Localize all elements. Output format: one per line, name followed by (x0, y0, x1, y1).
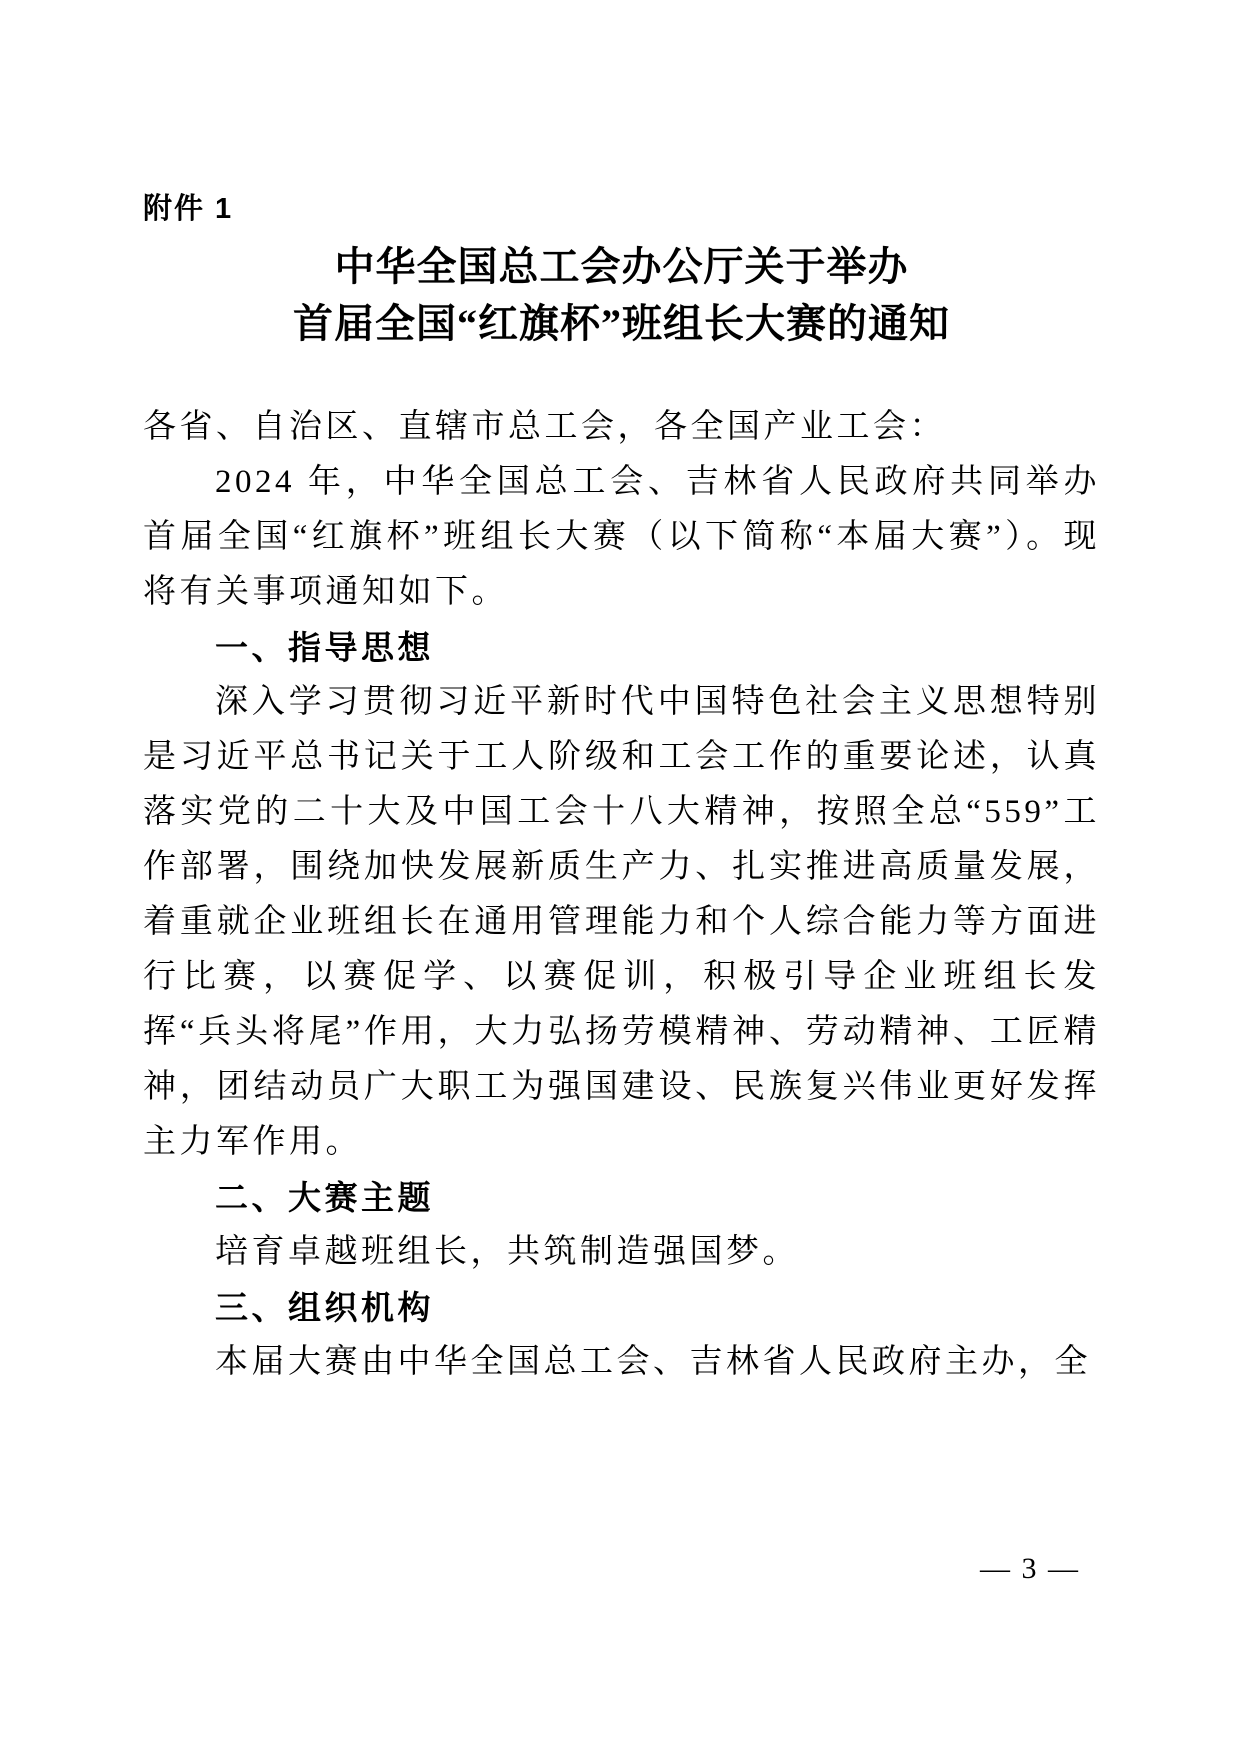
page-number: — 3 — (980, 1552, 1080, 1586)
section-heading-guiding-ideology: 一、指导思想 (143, 620, 1100, 675)
document-page: 附件 1 中华全国总工会办公厅关于举办 首届全国“红旗杯”班组长大赛的通知 各省… (0, 0, 1240, 1753)
document-title-line2: 首届全国“红旗杯”班组长大赛的通知 (293, 301, 950, 346)
section-heading-organization: 三、组织机构 (143, 1280, 1100, 1335)
salutation: 各省、自治区、直辖市总工会，各全国产业工会： (143, 400, 1100, 455)
attachment-label: 附件 1 (143, 186, 233, 227)
document-title-line1: 中华全国总工会办公厅关于举办 (335, 244, 909, 289)
section-body-competition-theme: 培育卓越班组长，共筑制造强国梦。 (143, 1225, 1100, 1280)
section-body-guiding-ideology: 深入学习贯彻习近平新时代中国特色社会主义思想特别是习近平总书记关于工人阶级和工会… (143, 675, 1100, 1170)
section-heading-competition-theme: 二、大赛主题 (143, 1170, 1100, 1225)
document-title: 中华全国总工会办公厅关于举办 首届全国“红旗杯”班组长大赛的通知 (143, 238, 1100, 352)
document-body: 各省、自治区、直辖市总工会，各全国产业工会： 2024 年，中华全国总工会、吉林… (143, 400, 1100, 1390)
intro-paragraph: 2024 年，中华全国总工会、吉林省人民政府共同举办首届全国“红旗杯”班组长大赛… (143, 455, 1100, 620)
section-body-organization: 本届大赛由中华全国总工会、吉林省人民政府主办，全 (143, 1335, 1100, 1390)
